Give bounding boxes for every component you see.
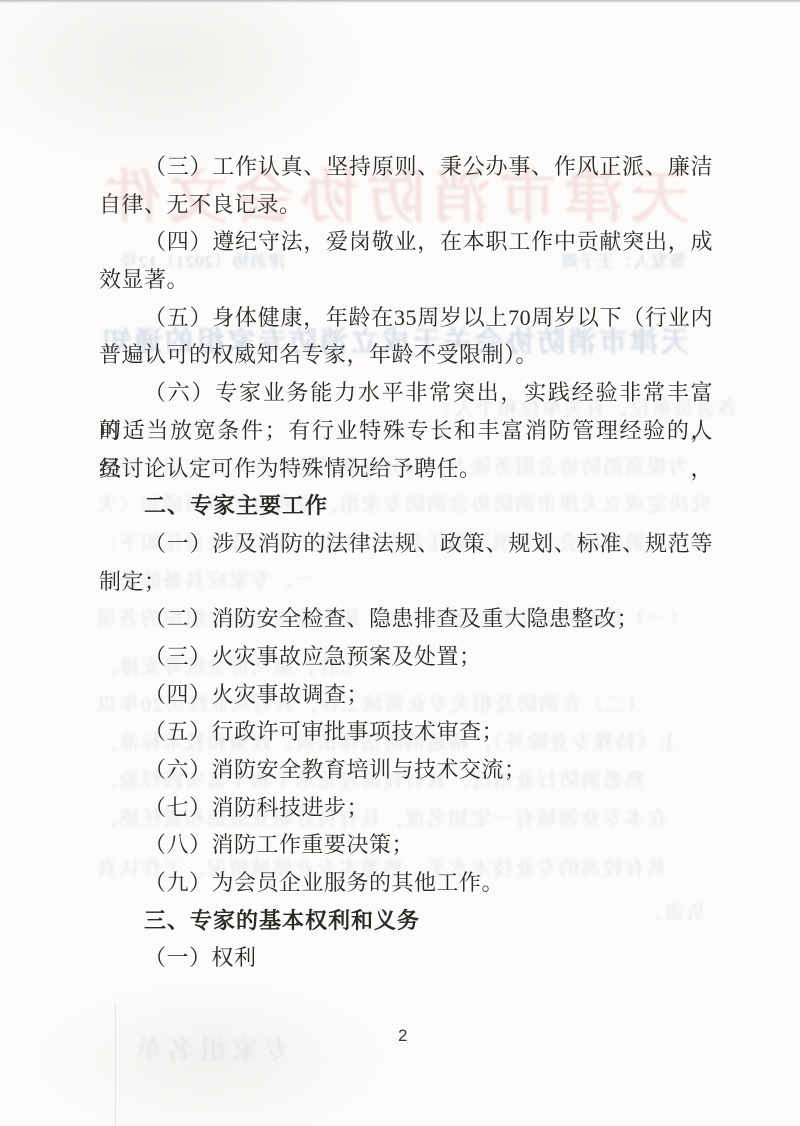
text-line: 制定； xyxy=(99,563,713,601)
scanned-page: 天津市消防协会文件津消协〔2021〕12号签发人：王子周天津市消防协会关于成立消… xyxy=(0,0,800,1126)
text-line: 效显著。 xyxy=(99,261,713,299)
text-line: （三）火灾事故应急预案及处置； xyxy=(99,638,713,676)
text-line: （六）消防安全教育培训与技术交流； xyxy=(99,751,713,789)
page-number: 2 xyxy=(398,1026,407,1046)
text-line: （一）涉及消防的法律法规、政策、规划、标准、规范等 xyxy=(99,525,713,563)
text-line: （四）遵纪守法，爱岗敬业，在本职工作中贡献突出，成 xyxy=(99,223,713,261)
text-line: （五）身体健康，年龄在35周岁以上70周岁以下（行业内 xyxy=(99,299,713,337)
text-line: （六）专家业务能力水平非常突出，实践经验非常丰富的， xyxy=(99,374,713,412)
section-heading: 三、专家的基本权利和义务 xyxy=(99,902,713,940)
text-line: （四）火灾事故调查； xyxy=(99,676,713,714)
text-line: 可适当放宽条件；有行业特殊专长和丰富消防管理经验的人员， xyxy=(99,412,713,450)
text-line: （二）消防安全检查、隐患排查及重大隐患整改； xyxy=(99,600,713,638)
text-line: （三）工作认真、坚持原则、秉公办事、作风正派、廉洁 xyxy=(99,148,713,186)
text-line: 自律、无不良记录。 xyxy=(99,186,713,224)
text-line: （一）权利 xyxy=(99,939,713,977)
text-line: （八）消防工作重要决策； xyxy=(99,826,713,864)
text-line: 普遍认可的权威知名专家，年龄不受限制）。 xyxy=(99,336,713,374)
document-text: （三）工作认真、坚持原则、秉公办事、作风正派、廉洁自律、无不良记录。（四）遵纪守… xyxy=(99,148,713,977)
text-line: （五）行政许可审批事项技术审查； xyxy=(99,713,713,751)
bleedthrough-text: 专家组名单 xyxy=(130,1030,290,1067)
text-line: （九）为会员企业服务的其他工作。 xyxy=(99,864,713,902)
scan-crease-line xyxy=(115,1003,116,1126)
section-heading: 二、专家主要工作 xyxy=(99,487,713,525)
text-line: （七）消防科技进步； xyxy=(99,789,713,827)
